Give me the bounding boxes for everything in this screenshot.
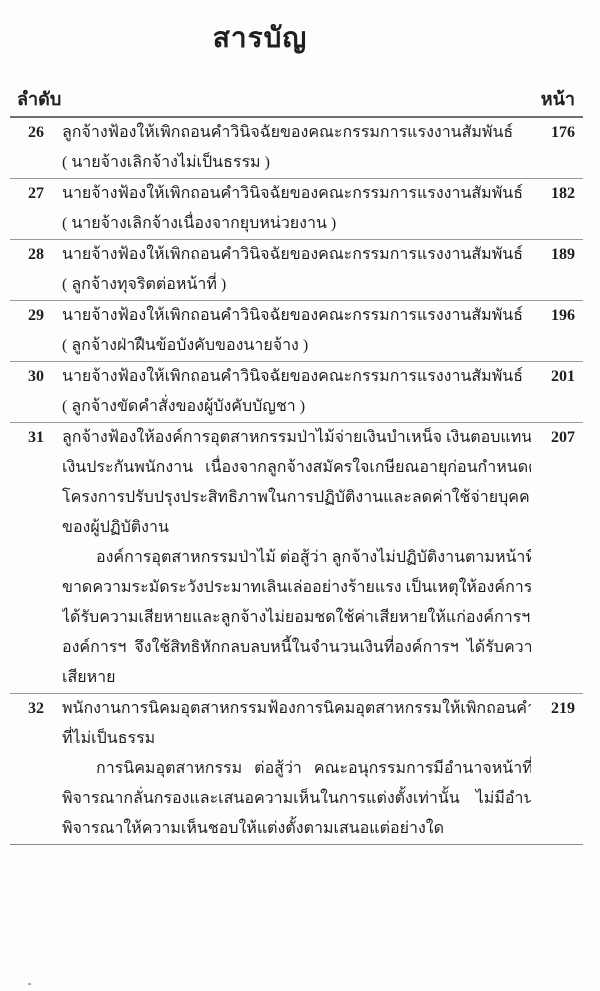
entry-page-number: 219	[531, 694, 583, 724]
entry-line: ได้รับความเสียหายและลูกจ้างไม่ยอมชดใช้ค่…	[62, 603, 531, 633]
entry-line: การนิคมอุตสาหกรรม ต่อสู้ว่า คณะอนุกรรมกา…	[62, 754, 531, 784]
entry-number: 28	[10, 240, 62, 270]
entry-line: องค์การอุตสาหกรรมป่าไม้ ต่อสู้ว่า ลูกจ้า…	[62, 543, 531, 573]
entry-line: ( นายจ้างเลิกจ้างเนื่องจากยุบหน่วยงาน )	[62, 209, 531, 239]
page-column-header: หน้า	[541, 86, 575, 112]
entry-text: ลูกจ้างฟ้องให้องค์การอุตสาหกรรมป่าไม้จ่า…	[62, 423, 531, 693]
entry-text: ลูกจ้างฟ้องให้เพิกถอนคำวินิจฉัยของคณะกรร…	[62, 118, 531, 178]
entry-number: 26	[10, 118, 62, 148]
entry-page-number: 201	[531, 362, 583, 392]
entry-number: 32	[10, 694, 62, 724]
entry-line: ( ลูกจ้างฝ่าฝืนข้อบังคับของนายจ้าง )	[62, 331, 531, 361]
toc-header: ลำดับ หน้า	[10, 86, 583, 118]
entry-line: นายจ้างฟ้องให้เพิกถอนคำวินิจฉัยของคณะกรร…	[62, 362, 531, 392]
table-row: 27 นายจ้างฟ้องให้เพิกถอนคำวินิจฉัยของคณะ…	[10, 179, 583, 240]
table-row: 31 ลูกจ้างฟ้องให้องค์การอุตสาหกรรมป่าไม้…	[10, 423, 583, 694]
entry-line: ลูกจ้างฟ้องให้เพิกถอนคำวินิจฉัยของคณะกรร…	[62, 118, 531, 148]
entry-line: ขาดความระมัดระวังประมาทเลินเล่ออย่างร้าย…	[62, 573, 531, 603]
entry-text: นายจ้างฟ้องให้เพิกถอนคำวินิจฉัยของคณะกรร…	[62, 301, 531, 361]
entry-line: นายจ้างฟ้องให้เพิกถอนคำวินิจฉัยของคณะกรร…	[62, 240, 531, 270]
entry-page-number: 176	[531, 118, 583, 148]
entry-number: 29	[10, 301, 62, 331]
entry-text: นายจ้างฟ้องให้เพิกถอนคำวินิจฉัยของคณะกรร…	[62, 179, 531, 239]
entry-line: ลูกจ้างฟ้องให้องค์การอุตสาหกรรมป่าไม้จ่า…	[62, 423, 531, 453]
entry-line: ของผู้ปฏิบัติงาน	[62, 513, 531, 543]
entry-line: นายจ้างฟ้องให้เพิกถอนคำวินิจฉัยของคณะกรร…	[62, 179, 531, 209]
entry-line: องค์การฯ จึงใช้สิทธิหักกลบลบหนี้ในจำนวนเ…	[62, 633, 531, 663]
entry-page-number: 196	[531, 301, 583, 331]
entry-line: ที่ไม่เป็นธรรม	[62, 724, 531, 754]
entry-line: ( ลูกจ้างขัดคำสั่งของผู้บังคับบัญชา )	[62, 392, 531, 422]
entry-text: นายจ้างฟ้องให้เพิกถอนคำวินิจฉัยของคณะกรร…	[62, 362, 531, 422]
toc-page: สารบัญ ลำดับ หน้า 26 ลูกจ้างฟ้องให้เพิกถ…	[0, 0, 600, 991]
entry-line: พิจารณากลั่นกรองและเสนอความเห็นในการแต่ง…	[62, 784, 531, 814]
entry-line: เสียหาย	[62, 663, 531, 693]
page-title: สารบัญ	[0, 0, 600, 58]
scan-speck	[28, 983, 31, 985]
entry-line: นายจ้างฟ้องให้เพิกถอนคำวินิจฉัยของคณะกรร…	[62, 301, 531, 331]
table-row: 28 นายจ้างฟ้องให้เพิกถอนคำวินิจฉัยของคณะ…	[10, 240, 583, 301]
entry-page-number: 182	[531, 179, 583, 209]
entry-number: 27	[10, 179, 62, 209]
entry-line: โครงการปรับปรุงประสิทธิภาพในการปฏิบัติงา…	[62, 483, 531, 513]
entry-line: ( ลูกจ้างทุจริตต่อหน้าที่ )	[62, 270, 531, 300]
entry-line: ( นายจ้างเลิกจ้างไม่เป็นธรรม )	[62, 148, 531, 178]
entry-line: พนักงานการนิคมอุตสาหกรรมฟ้องการนิคมอุตสา…	[62, 694, 531, 724]
table-of-contents: ลำดับ หน้า 26 ลูกจ้างฟ้องให้เพิกถอนคำวิน…	[10, 86, 583, 845]
entry-line: เงินประกันพนักงาน เนื่องจากลูกจ้างสมัครใ…	[62, 453, 531, 483]
entry-line: พิจารณาให้ความเห็นชอบให้แต่งตั้งตามเสนอแ…	[62, 814, 531, 844]
entry-number: 31	[10, 423, 62, 453]
table-row: 32 พนักงานการนิคมอุตสาหกรรมฟ้องการนิคมอุ…	[10, 694, 583, 845]
table-row: 26 ลูกจ้างฟ้องให้เพิกถอนคำวินิจฉัยของคณะ…	[10, 118, 583, 179]
table-row: 29 นายจ้างฟ้องให้เพิกถอนคำวินิจฉัยของคณะ…	[10, 301, 583, 362]
entry-page-number: 207	[531, 423, 583, 453]
entry-text: นายจ้างฟ้องให้เพิกถอนคำวินิจฉัยของคณะกรร…	[62, 240, 531, 300]
entry-page-number: 189	[531, 240, 583, 270]
table-row: 30 นายจ้างฟ้องให้เพิกถอนคำวินิจฉัยของคณะ…	[10, 362, 583, 423]
entry-text: พนักงานการนิคมอุตสาหกรรมฟ้องการนิคมอุตสา…	[62, 694, 531, 844]
entry-number: 30	[10, 362, 62, 392]
order-column-header: ลำดับ	[17, 86, 61, 112]
